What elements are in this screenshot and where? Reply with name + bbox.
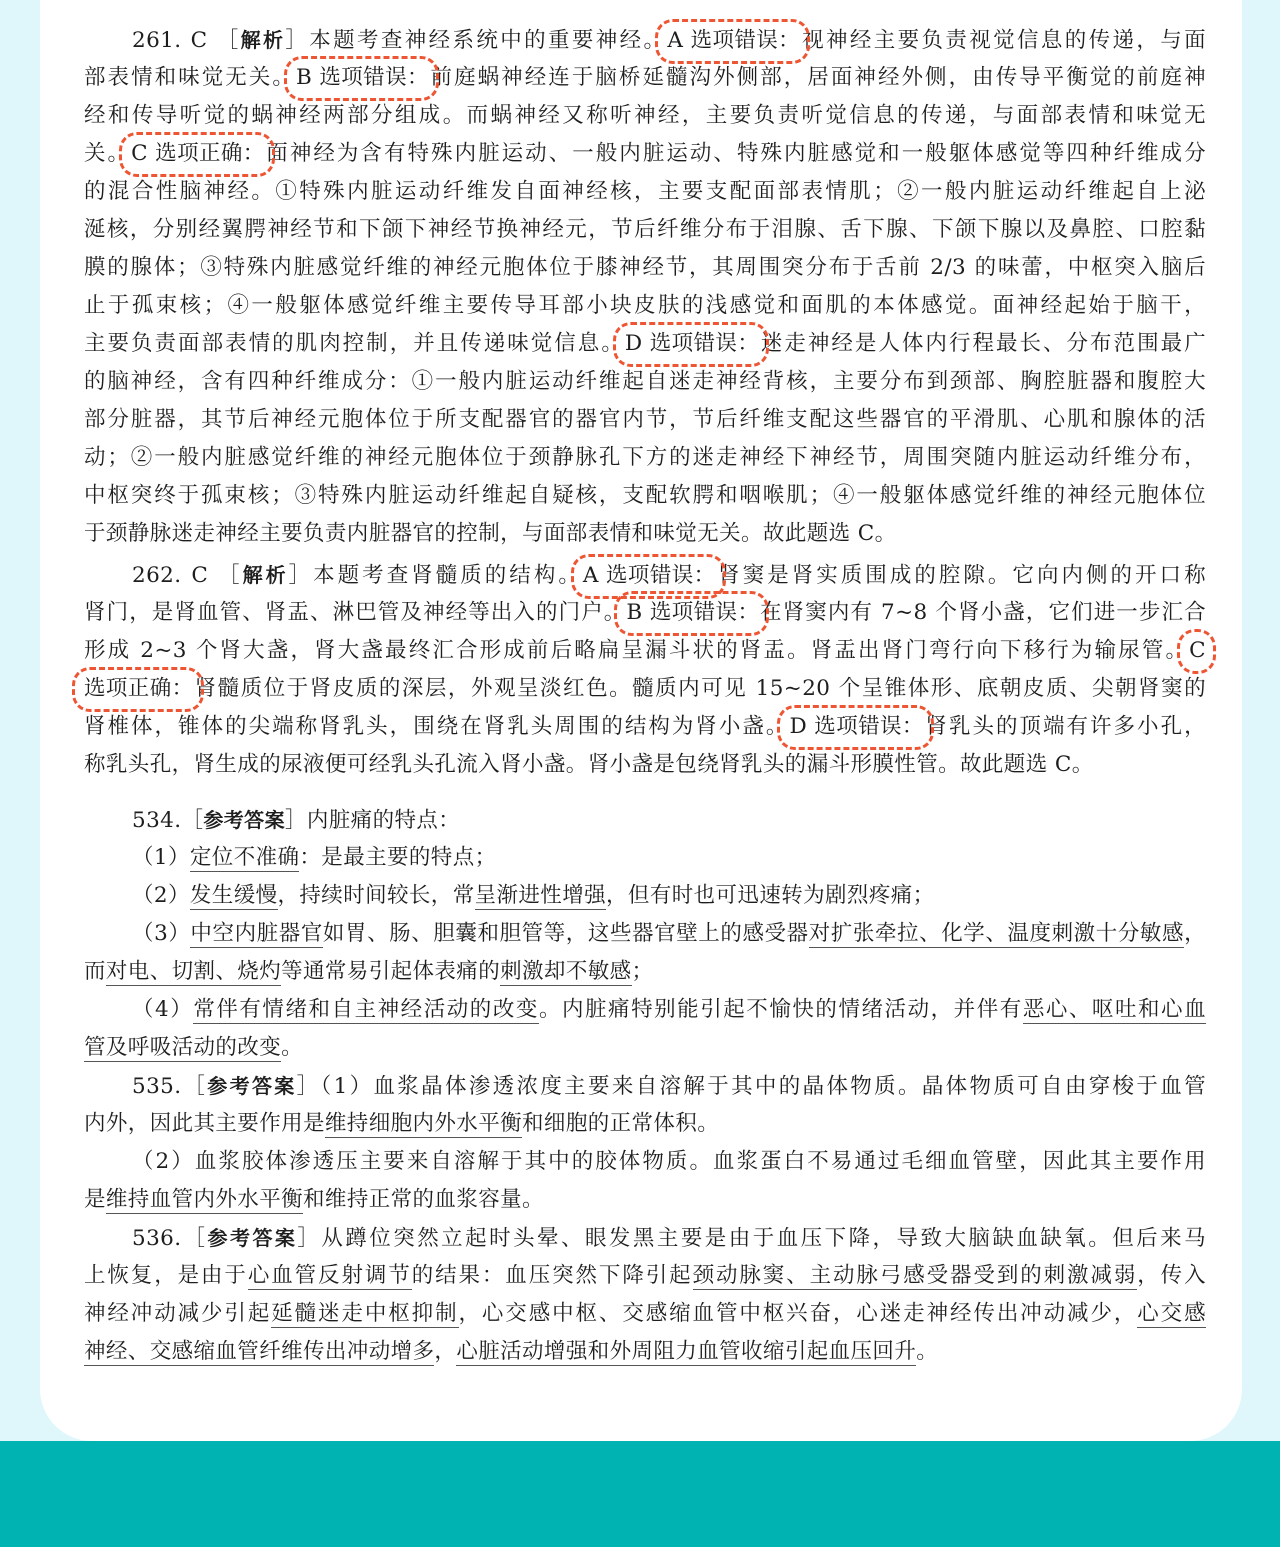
underlined-key-point: 中空内脏器官 [190, 921, 323, 948]
bold-label: 解析 [241, 28, 286, 52]
underlined-key-point: 维持血管内外水平衡 [106, 1187, 303, 1214]
text-line: 形成 2~3 个肾大盏，肾大盏最终汇合形成前后略扁呈漏斗状的肾盂。肾盂出肾门弯行… [84, 633, 1206, 669]
text-run: ，心交感中枢、交感缩血管中枢兴奋，心迷走神经传出冲动减少， [459, 1301, 1138, 1326]
text-run: 261. C ［ [132, 28, 241, 53]
text-run: 等通常易引起体表痛的 [281, 959, 500, 984]
underlined-key-point: 心交感 [1137, 1301, 1206, 1328]
text-line: 部表情和味觉无关。B 选项错误：前庭蜗神经连于脑桥延髓沟外侧部，居面神经外侧，由… [84, 60, 1206, 96]
text-run: （1） [132, 845, 190, 870]
text-line: 534.［参考答案］内脏痛的特点： [84, 802, 1206, 838]
text-run: 称乳头孔，肾生成的尿液便可经乳头孔流入肾小盏。肾小盏是包绕肾乳头的漏斗形膜性管。… [84, 752, 1094, 777]
text-run: 的混合性脑神经。①特殊内脏运动纤维发自面神经核，主要支配面部表情肌；②一般内脏运… [84, 179, 1206, 204]
text-line: 止于孤束核；④一般躯体感觉纤维主要传导耳部小块皮肤的浅感觉和面肌的本体感觉。面神… [84, 288, 1206, 324]
text-run: 在肾窦内有 7~8 个肾小盏，它们进一步汇合 [759, 600, 1206, 625]
underlined-key-point: 定位不准确 [190, 845, 300, 872]
text-run: ］从蹲位突然立起时头晕、眼发黑主要是由于血压下降，导致大脑缺血缺氧。但后来马 [297, 1226, 1206, 1251]
underlined-key-point: 恶心、呕吐和心血 [1023, 997, 1206, 1024]
text-run: 上恢复，是由于 [84, 1263, 248, 1288]
text-run: 前庭蜗神经连于脑桥延髓沟外侧部，居面神经外侧，由传导平衡觉的前庭神 [429, 65, 1206, 90]
text-line: 肾椎体，锥体的尖端称肾乳头，围绕在肾乳头周围的结构为肾小盏。D 选项错误：肾乳头… [84, 709, 1206, 745]
text-line: （4）常伴有情绪和自主神经活动的改变。内脏痛特别能引起不愉快的情绪活动，并伴有恶… [84, 992, 1206, 1028]
text-line: 动；②一般内脏感觉纤维的神经元胞体位于颈静脉孔下方的迷走神经下神经节，周围突随内… [84, 440, 1206, 476]
underlined-key-point: 神经、交感缩血管纤维传出冲动增多 [84, 1339, 434, 1366]
text-line: 涎核，分别经翼腭神经节和下颌下神经节换神经元，节后纤维分布于泪腺、舌下腺、下颌下… [84, 212, 1206, 248]
text-line: 于颈静脉迷走神经主要负责内脏器官的控制，与面部表情和味觉无关。故此题选 C。 [84, 516, 1206, 552]
text-line: 上恢复，是由于心血管反射调节的结果：血压突然下降引起颈动脉窦、主动脉弓感受器受到… [84, 1258, 1206, 1294]
text-run: 动；②一般内脏感觉纤维的神经元胞体位于颈静脉孔下方的迷走神经下神经节，周围突随内… [84, 445, 1206, 470]
circled-option-annotation: 选项正确： [84, 671, 194, 707]
text-line: 536.［参考答案］从蹲位突然立起时头晕、眼发黑主要是由于血压下降，导致大脑缺血… [84, 1220, 1206, 1256]
text-run: ， [1184, 921, 1206, 946]
bold-label: 参考答案 [208, 1226, 298, 1250]
underlined-key-point: 常伴有情绪和自主神经活动的改变 [193, 997, 539, 1024]
underlined-key-point: 心血管反射调节 [248, 1263, 412, 1290]
text-run: 肾乳头的顶端有许多小孔， [924, 714, 1206, 739]
text-run: 262. C ［ [132, 563, 243, 588]
circled-option-annotation: D 选项错误： [789, 709, 923, 745]
text-line: 膜的腺体；③特殊内脏感觉纤维的神经元胞体位于膝神经节，其周围突分布于舌前 2/3… [84, 250, 1206, 286]
text-line: 的脑神经，含有四种纤维成分：①一般内脏运动纤维起自迷走神经背核，主要分布到颈部、… [84, 364, 1206, 400]
underlined-key-point: 颈动脉窦、主动脉弓感受器受到的刺激减弱 [693, 1263, 1138, 1290]
text-run: 于颈静脉迷走神经主要负责内脏器官的控制，与面部表情和味觉无关。故此题选 C。 [84, 521, 897, 546]
text-run: 经和传导听觉的蜗神经两部分组成。而蜗神经又称听神经，主要负责听觉信息的传递，与面… [84, 103, 1206, 128]
bold-label: 解析 [243, 563, 289, 587]
text-line: （2）血浆胶体渗透压主要来自溶解于其中的胶体物质。血浆蛋白不易通过毛细血管壁，因… [84, 1144, 1206, 1180]
underlined-key-point: 刺激却不敏感 [500, 959, 631, 986]
text-line: 关。C 选项正确：面神经为含有特殊内脏运动、一般内脏运动、特殊内脏感觉和一般躯体… [84, 136, 1206, 172]
text-run: 的脑神经，含有四种纤维成分：①一般内脏运动纤维起自迷走神经背核，主要分布到颈部、… [84, 369, 1206, 394]
text-run: 和细胞的正常体积。 [522, 1111, 719, 1136]
text-line: 管及呼吸活动的改变。 [84, 1030, 1206, 1066]
text-run: （4） [132, 997, 193, 1022]
text-line: 的混合性脑神经。①特殊内脏运动纤维发自面神经核，主要支配面部表情肌；②一般内脏运… [84, 174, 1206, 210]
text-line: 是维持血管内外水平衡和维持正常的血浆容量。 [84, 1182, 1206, 1218]
text-line: 262. C ［解析］本题考查肾髓质的结构。A 选项错误：肾窦是肾实质围成的腔隙… [84, 557, 1206, 593]
text-run: ］内脏痛的特点： [285, 808, 460, 833]
text-run: 是 [84, 1187, 106, 1212]
text-run: 如胃、肠、胆囊和胆管等，这些器官壁上的感受器 [323, 921, 809, 946]
bold-label: 参考答案 [203, 808, 285, 832]
underlined-key-point: 发生缓慢 [190, 883, 278, 910]
text-line: 主要负责面部表情的肌肉控制，并且传递味觉信息。D 选项错误：迷走神经是人体内行程… [84, 326, 1206, 362]
circled-option-annotation: D 选项错误： [625, 326, 759, 362]
circled-option-annotation: C 选项正确： [131, 136, 265, 172]
text-run: ］（1）血浆晶体渗透浓度主要来自溶解于其中的晶体物质。晶体物质可自由穿梭于血管 [297, 1074, 1206, 1099]
text-line: （3）中空内脏器官如胃、肠、胆囊和胆管等，这些器官壁上的感受器对扩张牵拉、化学、… [84, 916, 1206, 952]
circled-option-annotation: A 选项错误： [583, 558, 716, 594]
text-run: 涎核，分别经翼腭神经节和下颌下神经节换神经元，节后纤维分布于泪腺、舌下腺、下颌下… [84, 217, 1206, 242]
text-line: 肾门，是肾血管、肾盂、淋巴管及神经等出入的门户。B 选项错误：在肾窦内有 7~8… [84, 595, 1206, 631]
text-line: 选项正确：肾髓质位于肾皮质的深层，外观呈淡红色。髓质内可见 15~20 个呈锥体… [84, 671, 1206, 707]
text-line: 神经、交感缩血管纤维传出冲动增多，心脏活动增强和外周阻力血管收缩引起血压回升。 [84, 1334, 1206, 1370]
underlined-key-point: 维持细胞内外水平衡 [325, 1111, 522, 1138]
text-run: 而 [84, 959, 106, 984]
text-run: 止于孤束核；④一般躯体感觉纤维主要传导耳部小块皮肤的浅感觉和面肌的本体感觉。面神… [84, 293, 1206, 318]
text-run: 536.［ [132, 1226, 208, 1251]
underlined-key-point: 对电、切割、烧灼 [106, 959, 281, 986]
text-run: 主要负责面部表情的肌肉控制，并且传递味觉信息。 [84, 331, 625, 356]
text-run: ］本题考查肾髓质的结构。 [289, 563, 583, 588]
text-run: 视神经主要负责视觉信息的传递，与面 [800, 28, 1206, 53]
text-run: 内外，因此其主要作用是 [84, 1111, 325, 1136]
text-run: 部表情和味觉无关。 [84, 65, 296, 90]
text-run: 的结果：血压突然下降引起 [412, 1263, 693, 1288]
text-run: 肾门，是肾血管、肾盂、淋巴管及神经等出入的门户。 [84, 600, 626, 625]
text-run: 肾椎体，锥体的尖端称肾乳头，围绕在肾乳头周围的结构为肾小盏。 [84, 714, 789, 739]
text-line: （1）定位不准确：是最主要的特点； [84, 840, 1206, 876]
circled-option-annotation: C [1189, 633, 1206, 669]
text-run: 。内脏痛特别能引起不愉快的情绪活动，并伴有 [539, 997, 1023, 1022]
text-run: ］本题考查神经系统中的重要神经。 [285, 28, 667, 53]
text-line: 261. C ［解析］本题考查神经系统中的重要神经。A 选项错误：视神经主要负责… [84, 22, 1206, 58]
underlined-key-point: 心脏活动增强和外周阻力血管收缩引起血压回升 [456, 1339, 916, 1366]
text-run: 535.［ [132, 1074, 207, 1099]
text-line: 部分脏器，其节后神经元胞体位于所支配器官的器官内节，节后纤维支配这些器官的平滑肌… [84, 402, 1206, 438]
text-run: （2） [132, 883, 190, 908]
text-run: 部分脏器，其节后神经元胞体位于所支配器官的器官内节，节后纤维支配这些器官的平滑肌… [84, 407, 1206, 432]
text-run: （2）血浆胶体渗透压主要来自溶解于其中的胶体物质。血浆蛋白不易通过毛细血管壁，因… [132, 1149, 1206, 1174]
text-line: 535.［参考答案］（1）血浆晶体渗透浓度主要来自溶解于其中的晶体物质。晶体物质… [84, 1068, 1206, 1104]
underlined-key-point: 延髓迷走中枢抑制 [271, 1301, 458, 1328]
text-run: ，持续时间较长，常 [278, 883, 475, 908]
text-run: ； [632, 959, 654, 984]
bold-label: 参考答案 [207, 1074, 296, 1098]
underlined-key-point: 呈渐进性增强 [475, 883, 606, 910]
text-run: （3） [132, 921, 190, 946]
text-run: ，但有时也可迅速转为剧烈疼痛； [606, 883, 935, 908]
text-run: ：是最主要的特点； [299, 845, 496, 870]
text-line: 内外，因此其主要作用是维持细胞内外水平衡和细胞的正常体积。 [84, 1106, 1206, 1142]
text-run: 和维持正常的血浆容量。 [303, 1187, 544, 1212]
underlined-key-point: 对扩张牵拉、化学、温度刺激十分敏感 [809, 921, 1184, 948]
text-line: 神经冲动减少引起延髓迷走中枢抑制，心交感中枢、交感缩血管中枢兴奋，心迷走神经传出… [84, 1296, 1206, 1332]
text-line: （2）发生缓慢，持续时间较长，常呈渐进性增强，但有时也可迅速转为剧烈疼痛； [84, 878, 1206, 914]
circled-option-annotation: A 选项错误： [667, 23, 800, 59]
text-run: 。 [916, 1339, 938, 1364]
text-line: 而对电、切割、烧灼等通常易引起体表痛的刺激却不敏感； [84, 954, 1206, 990]
text-run: 中枢突终于孤束核；③特殊内脏运动纤维起自疑核，支配软腭和咽喉肌；④一般躯体感觉纤… [84, 483, 1206, 508]
text-line: 中枢突终于孤束核；③特殊内脏运动纤维起自疑核，支配软腭和咽喉肌；④一般躯体感觉纤… [84, 478, 1206, 514]
text-run: ， [434, 1339, 456, 1364]
circled-option-annotation: B 选项错误： [296, 60, 429, 96]
text-run: 膜的腺体；③特殊内脏感觉纤维的神经元胞体位于膝神经节，其周围突分布于舌前 2/3… [84, 255, 1206, 280]
text-line: 称乳头孔，肾生成的尿液便可经乳头孔流入肾小盏。肾小盏是包绕肾乳头的漏斗形膜性管。… [84, 747, 1206, 783]
bottom-band [0, 1441, 1280, 1547]
text-run: 面神经为含有特殊内脏运动、一般内脏运动、特殊内脏感觉和一般躯体感觉等四种纤维成分 [265, 141, 1206, 166]
text-run: 形成 2~3 个肾大盏，肾大盏最终汇合形成前后略扁呈漏斗状的肾盂。肾盂出肾门弯行… [84, 638, 1189, 663]
text-run: 肾髓质位于肾皮质的深层，外观呈淡红色。髓质内可见 15~20 个呈锥体形、底朝皮… [194, 676, 1206, 701]
text-line: 经和传导听觉的蜗神经两部分组成。而蜗神经又称听神经，主要负责听觉信息的传递，与面… [84, 98, 1206, 134]
text-run: 534.［ [132, 808, 203, 833]
text-run: ，传入 [1137, 1263, 1206, 1288]
text-run: 肾窦是肾实质围成的腔隙。它向内侧的开口称 [716, 563, 1206, 588]
text-run: 神经冲动减少引起 [84, 1301, 271, 1326]
text-run: 。 [281, 1035, 303, 1060]
underlined-key-point: 管及呼吸活动的改变 [84, 1035, 281, 1062]
circled-option-annotation: B 选项错误： [626, 595, 759, 631]
text-run: 迷走神经是人体内行程最长、分布范围最广 [759, 331, 1206, 356]
